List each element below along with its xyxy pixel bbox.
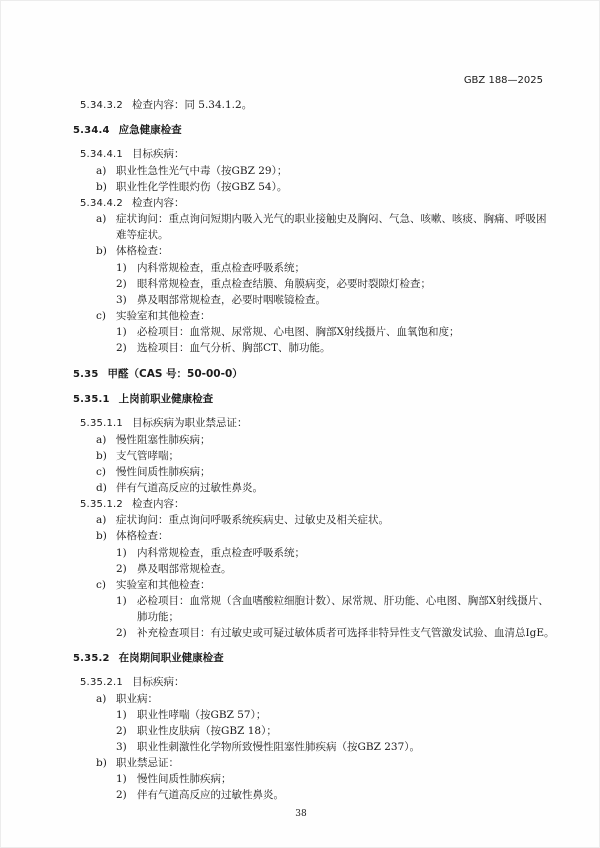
list-marker: 3)	[116, 740, 137, 754]
sub-list-item: 3)鼻及咽部常规检查，必要时咽喉镜检查。	[116, 293, 326, 307]
sub-list-item: 1)职业性哮喘（按GBZ 57）；	[116, 708, 266, 722]
section-number: 5.35.1	[73, 394, 110, 405]
list-marker: 2)	[116, 562, 137, 576]
list-marker: 1)	[116, 325, 137, 339]
clause-number: 5.35.2.1	[80, 677, 123, 688]
list-item: a)职业性急性光气中毒（按GBZ 29）；	[96, 164, 287, 178]
list-marker: d)	[96, 481, 116, 495]
list-text: 眼科常规检查，重点检查结膜、角膜病变，必要时裂隙灯检查；	[137, 278, 431, 290]
list-item: a)症状询问：重点询问呼吸系统疾病史、过敏史及相关症状。	[96, 513, 389, 527]
list-text: 内科常规检查，重点检查呼吸系统；	[137, 547, 305, 559]
section-heading-5-35-2: 5.35.2在岗期间职业健康检查	[73, 651, 224, 666]
list-text: 职业性刺激性化学物所致慢性阻塞性肺疾病（按GBZ 237）。	[137, 741, 420, 753]
list-item: c)慢性间质性肺疾病；	[96, 465, 211, 479]
list-marker: 2)	[116, 341, 137, 355]
list-marker: a)	[96, 433, 116, 447]
list-marker: a)	[96, 164, 116, 178]
list-text: 症状询问：重点询问呼吸系统疾病史、过敏史及相关症状。	[116, 514, 389, 526]
clause-number: 5.35.1.1	[80, 418, 123, 429]
clause-text: 检查内容：同 5.34.1.2。	[132, 99, 252, 111]
list-marker: c)	[96, 578, 116, 592]
section-title: 在岗期间职业健康检查	[119, 652, 224, 664]
list-text: 必检项目：血常规（含血嗜酸粒细胞计数）、尿常规、肝功能、心电图、胸部X射线摄片、	[137, 595, 549, 607]
list-text: 慢性间质性肺疾病；	[137, 773, 232, 785]
list-item: a)慢性阻塞性肺疾病；	[96, 433, 211, 447]
clause-5-35-2-1: 5.35.2.1目标疾病：	[80, 675, 184, 690]
sub-list-item: 2)补充检查项目：有过敏史或可疑过敏体质者可选择非特异性支气管激发试验、血清总I…	[116, 626, 555, 640]
section-heading-5-35: 5.35甲醛（CAS 号：50-00-0）	[73, 367, 243, 382]
sub-list-item: 1)必检项目：血常规、尿常规、心电图、胸部X射线摄片、血氧饱和度；	[116, 325, 459, 339]
list-text: 选检项目：血气分析、胸部CT、肺功能。	[137, 342, 331, 354]
list-text: 实验室和其他检查：	[116, 310, 211, 322]
sub-list-item: 2)伴有气道高反应的过敏性鼻炎。	[116, 788, 284, 802]
sub-list-item: 2)选检项目：血气分析、胸部CT、肺功能。	[116, 341, 331, 355]
list-text: 鼻及咽部常规检查。	[137, 563, 232, 575]
standard-code-header: GBZ 188—2025	[464, 74, 543, 88]
list-item: b)体格检查：	[96, 529, 169, 543]
section-heading-5-34-4: 5.34.4应急健康检查	[73, 123, 182, 138]
section-number: 5.34.4	[73, 125, 110, 136]
list-text: 职业病：	[116, 693, 158, 705]
section-number: 5.35	[73, 369, 98, 380]
clause-text: 目标疾病：	[132, 676, 185, 688]
list-marker: 2)	[116, 724, 137, 738]
list-marker: 2)	[116, 788, 137, 802]
clause-5-35-1-2: 5.35.1.2检查内容：	[80, 497, 184, 512]
list-marker: a)	[96, 513, 116, 527]
list-marker: 1)	[116, 772, 137, 786]
list-item: c)实验室和其他检查：	[96, 309, 211, 323]
list-marker: b)	[96, 529, 116, 543]
document-page: GBZ 188—2025 5.34.3.2检查内容：同 5.34.1.2。 5.…	[0, 0, 600, 848]
clause-5-34-4-2: 5.34.4.2检查内容：	[80, 196, 184, 211]
section-number: 5.35.2	[73, 653, 110, 664]
sub-list-item: 3)职业性刺激性化学物所致慢性阻塞性肺疾病（按GBZ 237）。	[116, 740, 420, 754]
clause-text: 检查内容：	[132, 498, 185, 510]
list-item: b)职业性化学性眼灼伤（按GBZ 54）。	[96, 180, 287, 194]
list-marker: a)	[96, 212, 116, 226]
list-item: b)职业禁忌证：	[96, 756, 179, 770]
list-text: 补充检查项目：有过敏史或可疑过敏体质者可选择非特异性支气管激发试验、血清总IgE…	[137, 627, 555, 639]
clause-5-35-1-1: 5.35.1.1目标疾病为职业禁忌证：	[80, 416, 247, 431]
list-marker: b)	[96, 180, 116, 194]
list-item: a)症状询问：重点询问短期内吸入光气的职业接触史及胸闷、气急、咳嗽、咳痰、胸痛、…	[96, 212, 547, 226]
list-text: 伴有气道高反应的过敏性鼻炎。	[137, 789, 284, 801]
clause-5-34-3-2: 5.34.3.2检查内容：同 5.34.1.2。	[80, 98, 252, 113]
list-text: 支气管哮喘；	[116, 450, 179, 462]
list-marker: 3)	[116, 293, 137, 307]
sub-list-item: 1)内科常规检查，重点检查呼吸系统；	[116, 546, 305, 560]
clause-text: 目标疾病：	[132, 148, 185, 160]
list-text: 职业禁忌证：	[116, 757, 179, 769]
sub-list-item: 2)职业性皮肤病（按GBZ 18）；	[116, 724, 277, 738]
list-item: a)职业病：	[96, 692, 158, 706]
list-text: 鼻及咽部常规检查，必要时咽喉镜检查。	[137, 294, 326, 306]
clause-number: 5.34.4.1	[80, 149, 123, 160]
clause-text: 检查内容：	[132, 197, 185, 209]
list-item: b)体格检查：	[96, 244, 169, 258]
list-marker: a)	[96, 692, 116, 706]
list-text: 职业性皮肤病（按GBZ 18）；	[137, 725, 277, 737]
list-text: 实验室和其他检查：	[116, 579, 211, 591]
list-text: 慢性间质性肺疾病；	[116, 466, 211, 478]
list-item: c)实验室和其他检查：	[96, 578, 211, 592]
section-title: 甲醛（CAS 号：50-00-0）	[107, 368, 242, 380]
list-text: 症状询问：重点询问短期内吸入光气的职业接触史及胸闷、气急、咳嗽、咳痰、胸痛、呼吸…	[116, 213, 547, 225]
list-marker: b)	[96, 449, 116, 463]
list-marker: 1)	[116, 546, 137, 560]
list-text: 职业性哮喘（按GBZ 57）；	[137, 709, 266, 721]
clause-number: 5.35.1.2	[80, 499, 123, 510]
section-heading-5-35-1: 5.35.1上岗前职业健康检查	[73, 392, 213, 407]
list-marker: 1)	[116, 261, 137, 275]
list-text: 体格检查：	[116, 245, 169, 257]
list-text: 职业性急性光气中毒（按GBZ 29）；	[116, 165, 287, 177]
page-number: 38	[1, 807, 600, 821]
list-marker: c)	[96, 309, 116, 323]
sub-list-item: 1)慢性间质性肺疾病；	[116, 772, 232, 786]
list-marker: 2)	[116, 277, 137, 291]
section-title: 上岗前职业健康检查	[119, 393, 214, 405]
list-text: 内科常规检查，重点检查呼吸系统；	[137, 262, 305, 274]
list-text: 慢性阻塞性肺疾病；	[116, 434, 211, 446]
sub-list-item: 1)必检项目：血常规（含血嗜酸粒细胞计数）、尿常规、肝功能、心电图、胸部X射线摄…	[116, 594, 549, 608]
sub-list-item: 2)眼科常规检查，重点检查结膜、角膜病变，必要时裂隙灯检查；	[116, 277, 431, 291]
clause-5-34-4-1: 5.34.4.1目标疾病：	[80, 147, 184, 162]
list-item: d)伴有气道高反应的过敏性鼻炎。	[96, 481, 263, 495]
sub-list-item-continuation: 肺功能；	[137, 610, 179, 624]
clause-text: 目标疾病为职业禁忌证：	[132, 417, 248, 429]
list-marker: b)	[96, 756, 116, 770]
clause-number: 5.34.4.2	[80, 198, 123, 209]
list-marker: 1)	[116, 594, 137, 608]
list-marker: b)	[96, 244, 116, 258]
list-text: 伴有气道高反应的过敏性鼻炎。	[116, 482, 263, 494]
list-item: b)支气管哮喘；	[96, 449, 179, 463]
section-title: 应急健康检查	[119, 124, 182, 136]
list-text: 体格检查：	[116, 530, 169, 542]
list-item-continuation: 难等症状。	[116, 228, 169, 242]
list-marker: c)	[96, 465, 116, 479]
list-text: 职业性化学性眼灼伤（按GBZ 54）。	[116, 181, 287, 193]
sub-list-item: 2)鼻及咽部常规检查。	[116, 562, 232, 576]
list-marker: 2)	[116, 626, 137, 640]
clause-number: 5.34.3.2	[80, 100, 123, 111]
list-text: 必检项目：血常规、尿常规、心电图、胸部X射线摄片、血氧饱和度；	[137, 326, 459, 338]
list-marker: 1)	[116, 708, 137, 722]
sub-list-item: 1)内科常规检查，重点检查呼吸系统；	[116, 261, 305, 275]
